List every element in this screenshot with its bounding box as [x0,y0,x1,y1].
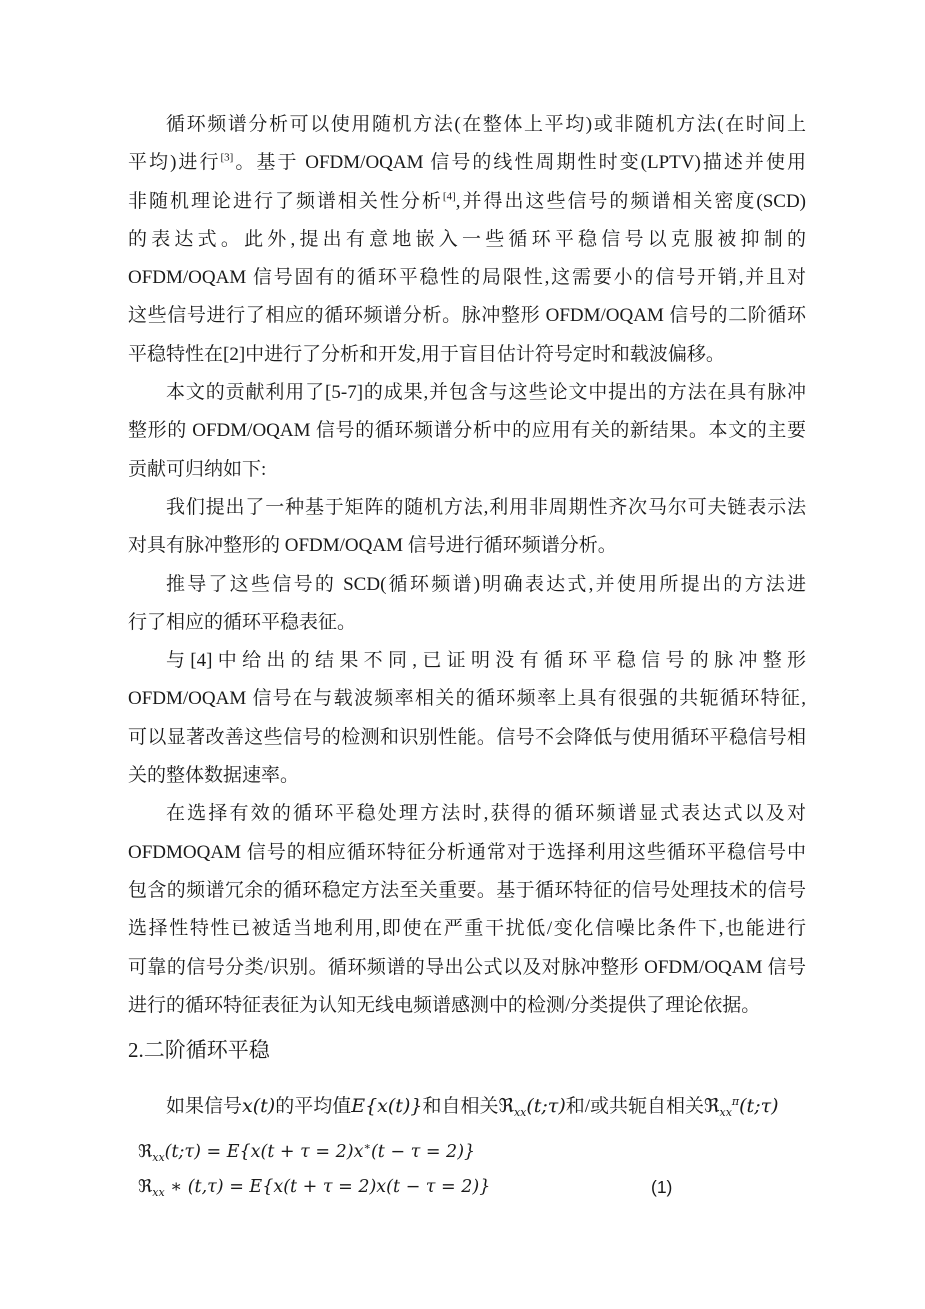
paragraph-line: 在选择有效的循环平稳处理方法时,获得的循环频谱显式表达式以及对 [128,795,806,833]
subscript: xx [719,1106,731,1119]
paragraph-line: OFDM/OQAM 信号在与载波频率相关的循环频率上具有很强的共轭循环特征, [128,680,806,718]
frak-r-symbol: ℜ [704,1095,719,1117]
paragraph-line: 整形的 OFDM/OQAM 信号的循环频谱分析中的应用有关的新结果。本文的主要 [128,412,806,450]
math-args: (t;τ) [739,1095,778,1117]
subscript: xx [514,1106,526,1119]
intro-text: 的平均值 [275,1096,351,1117]
paragraph-2: 本文的贡献利用了[5-7]的成果,并包含与这些论文中提出的方法在具有脉冲 整形的… [128,374,806,489]
frak-r-symbol: ℜ [498,1095,513,1117]
paragraph-line: 贡献可归纳如下: [128,451,806,489]
equation-body: (t − τ = 2)} [371,1142,475,1162]
line-text: 非随机理论进行了频谱相关性分析 [128,191,443,212]
subscript: xx [152,1151,164,1164]
paragraph-line: 包含的频谱冗余的循环稳定方法至关重要。基于循环特征的信号处理技术的信号 [128,872,806,910]
paragraph-line: 我们提出了一种基于矩阵的随机方法,利用非周期性齐次马尔可夫链表示法 [128,489,806,527]
equation-body: (t;τ) = E{x(t + τ = 2)x [165,1142,364,1162]
math-intro-line: 如果信号x(t)的平均值E{x(t)}和自相关ℜxx(t;τ)和/或共轭自相关ℜ… [128,1087,806,1125]
paragraph-3: 我们提出了一种基于矩阵的随机方法,利用非周期性齐次马尔可夫链表示法 对具有脉冲整… [128,489,806,566]
paragraph-line: 推导了这些信号的 SCD(循环频谱)明确表达式,并使用所提出的方法进 [128,566,806,604]
paragraph-line: 本文的贡献利用了[5-7]的成果,并包含与这些论文中提出的方法在具有脉冲 [128,374,806,412]
math-expectation: E{x(t)} [351,1095,422,1117]
math-conj-autocorr: ℜxxπ(t;τ) [704,1095,779,1117]
paragraph-line: 的表达式。此外,提出有意地嵌入一些循环平稳信号以克服被抑制的 [128,221,806,259]
line-text: ,并得出这些信号的频谱相关密度(SCD) [456,191,806,212]
paragraph-6: 在选择有效的循环平稳处理方法时,获得的循环频谱显式表达式以及对 OFDMOQAM… [128,795,806,1025]
line-text: 。基于 OFDM/OQAM 信号的线性周期性时变(LPTV)描述并使用 [233,152,806,173]
section-heading: 2.二阶循环平稳 [128,1035,806,1065]
math-autocorr: ℜxx(t;τ) [498,1095,565,1117]
paragraph-line: 非随机理论进行了频谱相关性分析[4],并得出这些信号的频谱相关密度(SCD) [128,183,806,221]
equation-1-line: ℜxx(t;τ) = E{x(t + τ = 2)x∗(t − τ = 2)} [138,1135,806,1170]
paragraph-line: 对具有脉冲整形的 OFDM/OQAM 信号进行循环频谱分析。 [128,527,806,565]
paragraph-line: 与[4]中给出的结果不同,已证明没有循环平稳信号的脉冲整形 [128,642,806,680]
paragraph-line: 可靠的信号分类/识别。循环频谱的导出公式以及对脉冲整形 OFDM/OQAM 信号 [128,949,806,987]
intro-text: 如果信号 [166,1096,242,1117]
math-args: (t;τ) [526,1095,565,1117]
paragraph-1: 循环频谱分析可以使用随机方法(在整体上平均)或非随机方法(在时间上 平均)进行[… [128,106,806,374]
paragraph-line: OFDM/OQAM 信号固有的循环平稳性的局限性,这需要小的信号开销,并且对 [128,259,806,297]
paragraph-line: 循环频谱分析可以使用随机方法(在整体上平均)或非随机方法(在时间上 [128,106,806,144]
intro-text: 和自相关 [422,1096,498,1117]
paragraph-5: 与[4]中给出的结果不同,已证明没有循环平稳信号的脉冲整形 OFDM/OQAM … [128,642,806,795]
intro-text: 和/或共轭自相关 [566,1096,704,1117]
subscript: xx [152,1186,164,1199]
paragraph-line: 关的整体数据速率。 [128,757,806,795]
paragraph-line: 行了相应的循环平稳表征。 [128,604,806,642]
paragraph-line: 平均)进行[3]。基于 OFDM/OQAM 信号的线性周期性时变(LPTV)描述… [128,144,806,182]
paragraph-line: 进行的循环特征表征为认知无线电频谱感测中的检测/分类提供了理论依据。 [128,987,806,1025]
paragraph-line: 可以显著改善这些信号的检测和识别性能。信号不会降低与使用循环平稳信号相 [128,719,806,757]
frak-r-symbol: ℜ [138,1177,152,1197]
paragraph-line: 这些信号进行了相应的循环频谱分析。脉冲整形 OFDM/OQAM 信号的二阶循环 [128,297,806,335]
citation-ref: [3] [221,152,234,164]
equation-2-line: ℜxx ∗ (t,τ) = E{x(t + τ = 2)x(t − τ = 2)… [138,1170,806,1205]
equation-number: (1) [651,1170,672,1205]
frak-r-symbol: ℜ [138,1142,152,1162]
paragraph-line: 平稳特性在[2]中进行了分析和开发,用于盲目估计符号定时和载波偏移。 [128,336,806,374]
conjugate-star: ∗ [165,1177,188,1197]
paragraph-4: 推导了这些信号的 SCD(循环频谱)明确表达式,并使用所提出的方法进 行了相应的… [128,566,806,643]
math-var-xt: x(t) [242,1095,275,1117]
conjugate-star: ∗ [363,1140,370,1153]
equation-body: (t,τ) = E{x(t + τ = 2)x(t − τ = 2)} [188,1177,491,1197]
paragraph-line: 选择性特性已被适当地利用,即使在严重干扰低/变化信噪比条件下,也能进行 [128,910,806,948]
document-text-block: 循环频谱分析可以使用随机方法(在整体上平均)或非随机方法(在时间上 平均)进行[… [128,106,806,1205]
paragraph-line: OFDMOQAM 信号的相应循环特征分析通常对于选择利用这些循环平稳信号中 [128,834,806,872]
citation-ref: [4] [443,190,456,202]
line-text: 平均)进行 [128,152,221,173]
